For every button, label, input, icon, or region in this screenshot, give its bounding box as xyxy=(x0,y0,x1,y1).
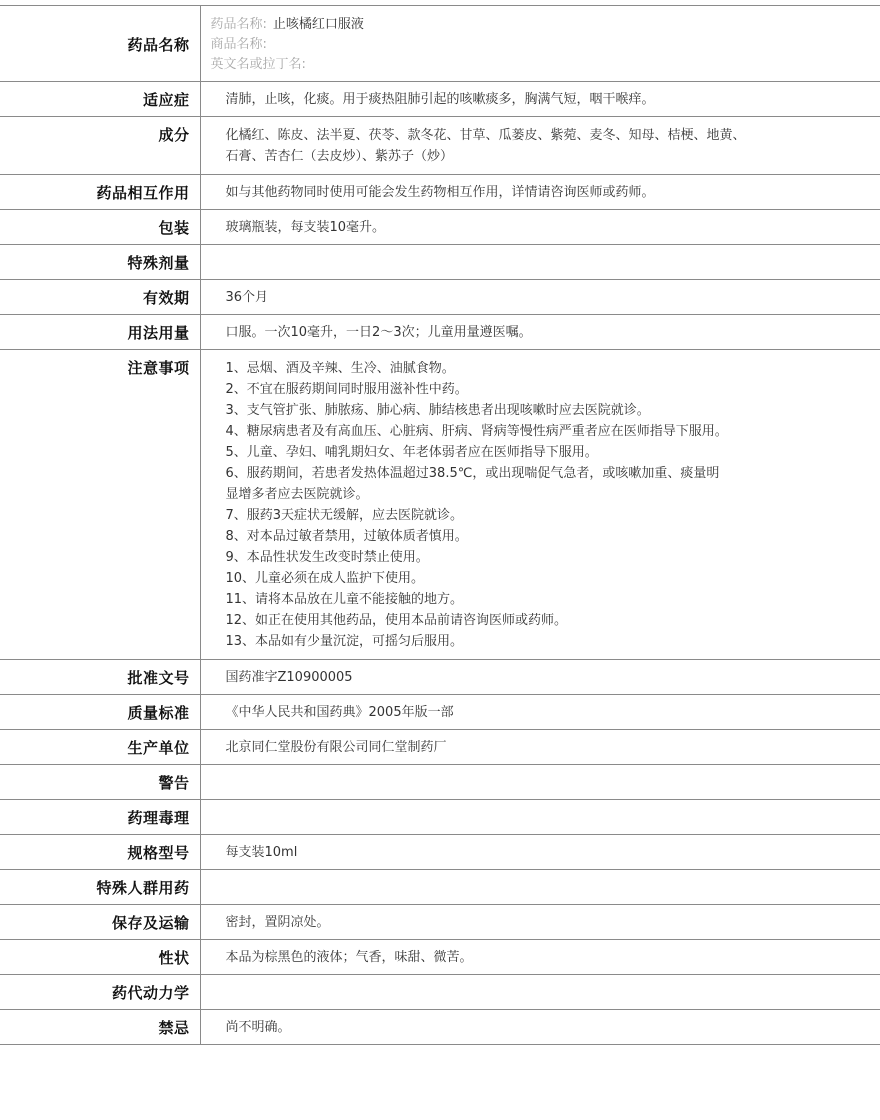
value-interactions: 如与其他药物同时使用可能会发生药物相互作用，详情请咨询医师或药师。 xyxy=(200,175,880,210)
precaution-item: 8、对本品过敏者禁用，过敏体质者慎用。 xyxy=(226,526,871,547)
label-pharmacology: 药理毒理 xyxy=(0,800,200,835)
precaution-item: 13、本品如有少量沉淀，可摇匀后服用。 xyxy=(226,631,871,652)
label-contraindications: 禁忌 xyxy=(0,1010,200,1045)
label-interactions: 药品相互作用 xyxy=(0,175,200,210)
row-manufacturer: 生产单位 北京同仁堂股份有限公司同仁堂制药厂 xyxy=(0,730,880,765)
label-special-dosage: 特殊剂量 xyxy=(0,245,200,280)
label-packaging: 包装 xyxy=(0,210,200,245)
precaution-item: 3、支气管扩张、肺脓疡、肺心病、肺结核患者出现咳嗽时应去医院就诊。 xyxy=(226,400,871,421)
value-indications: 清肺，止咳，化痰。用于痰热阻肺引起的咳嗽痰多，胸满气短，咽干喉痒。 xyxy=(200,82,880,117)
value-ingredients: 化橘红、陈皮、法半夏、茯苓、款冬花、甘草、瓜蒌皮、紫菀、麦冬、知母、桔梗、地黄、… xyxy=(200,117,880,175)
generic-name-label: 药品名称: xyxy=(211,17,267,32)
row-pharmacokinetics: 药代动力学 xyxy=(0,975,880,1010)
precaution-item: 10、儿童必须在成人监护下使用。 xyxy=(226,568,871,589)
label-manufacturer: 生产单位 xyxy=(0,730,200,765)
label-specification: 规格型号 xyxy=(0,835,200,870)
value-appearance: 本品为棕黑色的液体；气香，味甜、微苦。 xyxy=(200,940,880,975)
precaution-item: 9、本品性状发生改变时禁止使用。 xyxy=(226,547,871,568)
precaution-item: 7、服药3天症状无缓解，应去医院就诊。 xyxy=(226,505,871,526)
precaution-item: 显增多者应去医院就诊。 xyxy=(226,484,871,505)
label-approval-number: 批准文号 xyxy=(0,660,200,695)
trade-name-label: 商品名称: xyxy=(211,37,267,52)
value-quality-standard: 《中华人民共和国药典》2005年版一部 xyxy=(200,695,880,730)
label-warning: 警告 xyxy=(0,765,200,800)
generic-name-value: 止咳橘红口服液 xyxy=(273,17,364,32)
label-storage: 保存及运输 xyxy=(0,905,200,940)
label-special-population: 特殊人群用药 xyxy=(0,870,200,905)
label-usage: 用法用量 xyxy=(0,315,200,350)
value-usage: 口服。一次10毫升，一日2～3次；儿童用量遵医嘱。 xyxy=(200,315,880,350)
row-interactions: 药品相互作用 如与其他药物同时使用可能会发生药物相互作用，详情请咨询医师或药师。 xyxy=(0,175,880,210)
precaution-item: 4、糖尿病患者及有高血压、心脏病、肝病、肾病等慢性病严重者应在医师指导下服用。 xyxy=(226,421,871,442)
label-shelf-life: 有效期 xyxy=(0,280,200,315)
label-pharmacokinetics: 药代动力学 xyxy=(0,975,200,1010)
row-usage: 用法用量 口服。一次10毫升，一日2～3次；儿童用量遵医嘱。 xyxy=(0,315,880,350)
row-precautions: 注意事项 1、忌烟、酒及辛辣、生冷、油腻食物。 2、不宜在服药期间同时服用滋补性… xyxy=(0,350,880,660)
precaution-item: 5、儿童、孕妇、哺乳期妇女、年老体弱者应在医师指导下服用。 xyxy=(226,442,871,463)
label-precautions: 注意事项 xyxy=(0,350,200,660)
row-special-population: 特殊人群用药 xyxy=(0,870,880,905)
value-specification: 每支装10ml xyxy=(200,835,880,870)
label-indications: 适应症 xyxy=(0,82,200,117)
generic-name-line: 药品名称:止咳橘红口服液 xyxy=(211,15,871,35)
english-name-line: 英文名或拉丁名: xyxy=(211,55,871,75)
trade-name-line: 商品名称: xyxy=(211,35,871,55)
row-approval-number: 批准文号 国药准字Z10900005 xyxy=(0,660,880,695)
value-shelf-life: 36个月 xyxy=(200,280,880,315)
row-ingredients: 成分 化橘红、陈皮、法半夏、茯苓、款冬花、甘草、瓜蒌皮、紫菀、麦冬、知母、桔梗、… xyxy=(0,117,880,175)
row-shelf-life: 有效期 36个月 xyxy=(0,280,880,315)
english-name-label: 英文名或拉丁名: xyxy=(211,57,306,72)
label-appearance: 性状 xyxy=(0,940,200,975)
precaution-item: 11、请将本品放在儿童不能接触的地方。 xyxy=(226,589,871,610)
ingredients-line-1: 化橘红、陈皮、法半夏、茯苓、款冬花、甘草、瓜蒌皮、紫菀、麦冬、知母、桔梗、地黄、 xyxy=(226,125,871,146)
row-special-dosage: 特殊剂量 xyxy=(0,245,880,280)
value-packaging: 玻璃瓶装，每支装10毫升。 xyxy=(200,210,880,245)
precaution-item: 6、服药期间，若患者发热体温超过38.5℃，或出现喘促气急者，或咳嗽加重、痰量明 xyxy=(226,463,871,484)
row-indications: 适应症 清肺，止咳，化痰。用于痰热阻肺引起的咳嗽痰多，胸满气短，咽干喉痒。 xyxy=(0,82,880,117)
ingredients-line-2: 石膏、苦杏仁（去皮炒）、紫苏子（炒） xyxy=(226,146,871,167)
drug-name-cell: 药品名称:止咳橘红口服液 商品名称: 英文名或拉丁名: xyxy=(200,6,880,82)
row-warning: 警告 xyxy=(0,765,880,800)
label-ingredients: 成分 xyxy=(0,117,200,175)
label-quality-standard: 质量标准 xyxy=(0,695,200,730)
row-pharmacology: 药理毒理 xyxy=(0,800,880,835)
value-precautions: 1、忌烟、酒及辛辣、生冷、油腻食物。 2、不宜在服药期间同时服用滋补性中药。 3… xyxy=(200,350,880,660)
value-pharmacology xyxy=(200,800,880,835)
drug-info-table: 药品名称 药品名称:止咳橘红口服液 商品名称: 英文名或拉丁名: 适应症 清肺，… xyxy=(0,5,880,1045)
precaution-item: 1、忌烟、酒及辛辣、生冷、油腻食物。 xyxy=(226,358,871,379)
row-drug-name: 药品名称 药品名称:止咳橘红口服液 商品名称: 英文名或拉丁名: xyxy=(0,6,880,82)
value-approval-number: 国药准字Z10900005 xyxy=(200,660,880,695)
precaution-item: 2、不宜在服药期间同时服用滋补性中药。 xyxy=(226,379,871,400)
label-drug-name: 药品名称 xyxy=(0,6,200,82)
value-contraindications: 尚不明确。 xyxy=(200,1010,880,1045)
row-specification: 规格型号 每支装10ml xyxy=(0,835,880,870)
row-appearance: 性状 本品为棕黑色的液体；气香，味甜、微苦。 xyxy=(0,940,880,975)
value-warning xyxy=(200,765,880,800)
value-special-population xyxy=(200,870,880,905)
precaution-item: 12、如正在使用其他药品，使用本品前请咨询医师或药师。 xyxy=(226,610,871,631)
value-storage: 密封，置阴凉处。 xyxy=(200,905,880,940)
value-manufacturer: 北京同仁堂股份有限公司同仁堂制药厂 xyxy=(200,730,880,765)
value-pharmacokinetics xyxy=(200,975,880,1010)
row-packaging: 包装 玻璃瓶装，每支装10毫升。 xyxy=(0,210,880,245)
row-contraindications: 禁忌 尚不明确。 xyxy=(0,1010,880,1045)
row-quality-standard: 质量标准 《中华人民共和国药典》2005年版一部 xyxy=(0,695,880,730)
value-special-dosage xyxy=(200,245,880,280)
row-storage: 保存及运输 密封，置阴凉处。 xyxy=(0,905,880,940)
